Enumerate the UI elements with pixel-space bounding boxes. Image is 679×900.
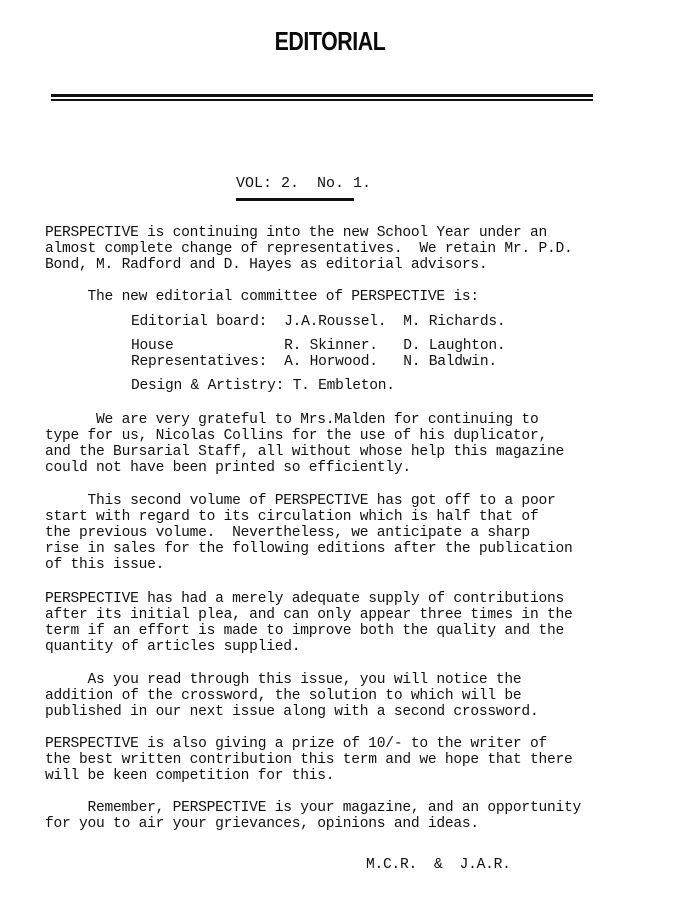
signature: M.C.R. & J.A.R. — [366, 857, 511, 873]
committee-intro: The new editorial committee of PERSPECTI… — [45, 289, 479, 305]
thanks-line: could not have been printed so efficient… — [45, 460, 411, 476]
closing-line: Remember, PERSPECTIVE is your magazine, … — [45, 800, 581, 816]
double-rule-top — [51, 94, 593, 97]
circulation-line: start with regard to its circulation whi… — [45, 509, 538, 525]
circulation-line: of this issue. — [45, 557, 164, 573]
contributions-line: after its initial plea, and can only app… — [45, 607, 572, 623]
double-rule-bottom — [51, 99, 593, 101]
committee-house: House R. Skinner. D. Laughton. — [131, 338, 505, 354]
contributions-line: PERSPECTIVE has had a merely adequate su… — [45, 591, 564, 607]
thanks-line: and the Bursarial Staff, all without who… — [45, 444, 564, 460]
committee-representatives: Representatives: A. Horwood. N. Baldwin. — [131, 354, 497, 370]
crossword-line: published in our next issue along with a… — [45, 704, 538, 720]
contributions-line: quantity of articles supplied. — [45, 639, 300, 655]
thanks-line: We are very grateful to Mrs.Malden for c… — [45, 412, 538, 428]
prize-line: the best written contribution this term … — [45, 752, 572, 768]
intro-line: PERSPECTIVE is continuing into the new S… — [45, 225, 547, 241]
crossword-line: addition of the crossword, the solution … — [45, 688, 521, 704]
prize-line: PERSPECTIVE is also giving a prize of 10… — [45, 736, 547, 752]
thanks-line: type for us, Nicolas Collins for the use… — [45, 428, 547, 444]
editorial-page: EDITORIAL VOL: 2. No. 1. PERSPECTIVE is … — [0, 0, 679, 900]
circulation-line: the previous volume. Nevertheless, we an… — [45, 525, 530, 541]
page-title: EDITORIAL — [59, 26, 600, 57]
intro-line: Bond, M. Radford and D. Hayes as editori… — [45, 257, 487, 273]
committee-editorial-board: Editorial board: J.A.Roussel. M. Richard… — [131, 314, 505, 330]
circulation-line: This second volume of PERSPECTIVE has go… — [45, 493, 555, 509]
volume-number: VOL: 2. No. 1. — [236, 175, 371, 192]
closing-line: for you to air your grievances, opinions… — [45, 816, 479, 832]
prize-line: will be keen competition for this. — [45, 768, 334, 784]
committee-design: Design & Artistry: T. Embleton. — [131, 378, 395, 394]
volume-underline — [236, 198, 354, 201]
circulation-line: rise in sales for the following editions… — [45, 541, 572, 557]
contributions-line: term if an effort is made to improve bot… — [45, 623, 564, 639]
crossword-line: As you read through this issue, you will… — [45, 672, 521, 688]
intro-line: almost complete change of representative… — [45, 241, 572, 257]
